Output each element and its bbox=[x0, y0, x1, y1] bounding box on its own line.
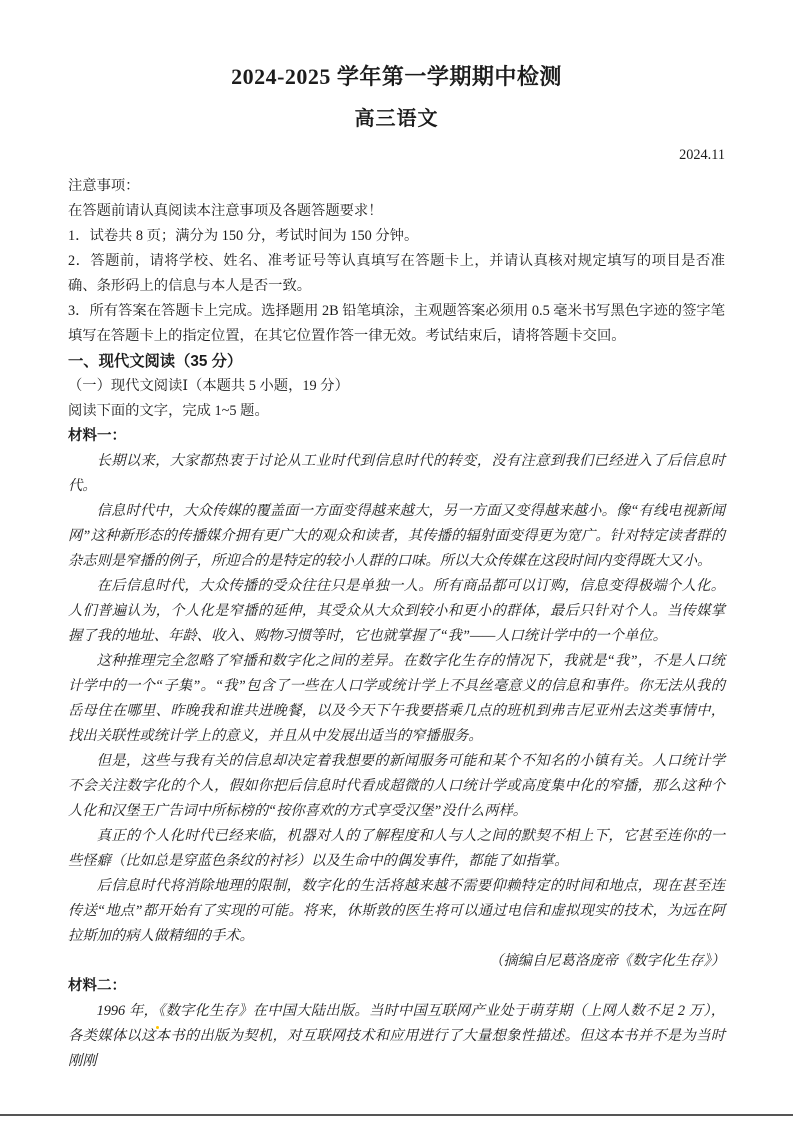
material2-paragraph-1: 1996 年，《数字化生存》在中国大陆出版。当时中国互联网产业处于萌芽期（上网人… bbox=[68, 999, 725, 1074]
material1-paragraph-6: 真正的个人化时代已经来临，机器对人的了解程度和人与人之间的默契不相上下，它甚至连… bbox=[68, 824, 725, 874]
notice-heading: 注意事项： bbox=[68, 174, 725, 199]
exam-paper-page: 2024-2025 学年第一学期期中检测 高三语文 2024.11 注意事项： … bbox=[0, 0, 793, 1122]
section-subheading: （一）现代文阅读Ⅰ（本题共 5 小题，19 分） bbox=[68, 374, 725, 399]
notice-item-2: 2．答题前，请将学校、姓名、准考证号等认真填写在答题卡上，并请认真核对规定填写的… bbox=[68, 249, 725, 299]
material1-paragraph-7: 后信息时代将消除地理的限制，数字化的生活将越来越不需要仰赖特定的时间和地点，现在… bbox=[68, 874, 725, 949]
notice-item-1: 1．试卷共 8 页；满分为 150 分，考试时间为 150 分钟。 bbox=[68, 224, 725, 249]
material1-paragraph-5: 但是，这些与我有关的信息却决定着我想要的新闻服务可能和某个不知名的小镇有关。人口… bbox=[68, 749, 725, 824]
material1-paragraph-3: 在后信息时代，大众传播的受众往往只是单独一人。所有商品都可以订购，信息变得极端个… bbox=[68, 574, 725, 649]
notice-intro: 在答题前请认真阅读本注意事项及各题答题要求！ bbox=[68, 199, 725, 224]
material1-paragraph-4: 这种推理完全忽略了窄播和数字化之间的差异。在数字化生存的情况下，我就是“我”，不… bbox=[68, 649, 725, 749]
page-content: 2024-2025 学年第一学期期中检测 高三语文 2024.11 注意事项： … bbox=[68, 62, 725, 1074]
material1-paragraph-1: 长期以来，大家都热衷于讨论从工业时代到信息时代的转变，没有注意到我们已经进入了后… bbox=[68, 449, 725, 499]
highlight-dot bbox=[156, 1026, 159, 1029]
reading-instruction: 阅读下面的文字，完成 1~5 题。 bbox=[68, 399, 725, 424]
notice-item-3: 3．所有答案在答题卡上完成。选择题用 2B 铅笔填涂，主观题答案必须用 0.5 … bbox=[68, 299, 725, 349]
doc-subtitle: 高三语文 bbox=[68, 105, 725, 133]
section-heading-modern-reading: 一、现代文阅读（35 分） bbox=[68, 349, 725, 374]
material1-attribution: （摘编自尼葛洛庞帝《数字化生存》） bbox=[68, 949, 725, 974]
page-bottom-border bbox=[0, 1114, 793, 1116]
material1-label: 材料一： bbox=[68, 424, 725, 449]
material2-label: 材料二： bbox=[68, 974, 725, 999]
exam-date: 2024.11 bbox=[68, 144, 725, 166]
material1-paragraph-2: 信息时代中，大众传媒的覆盖面一方面变得越来越大，另一方面又变得越来越小。像“有线… bbox=[68, 499, 725, 574]
doc-title: 2024-2025 学年第一学期期中检测 bbox=[68, 62, 725, 92]
